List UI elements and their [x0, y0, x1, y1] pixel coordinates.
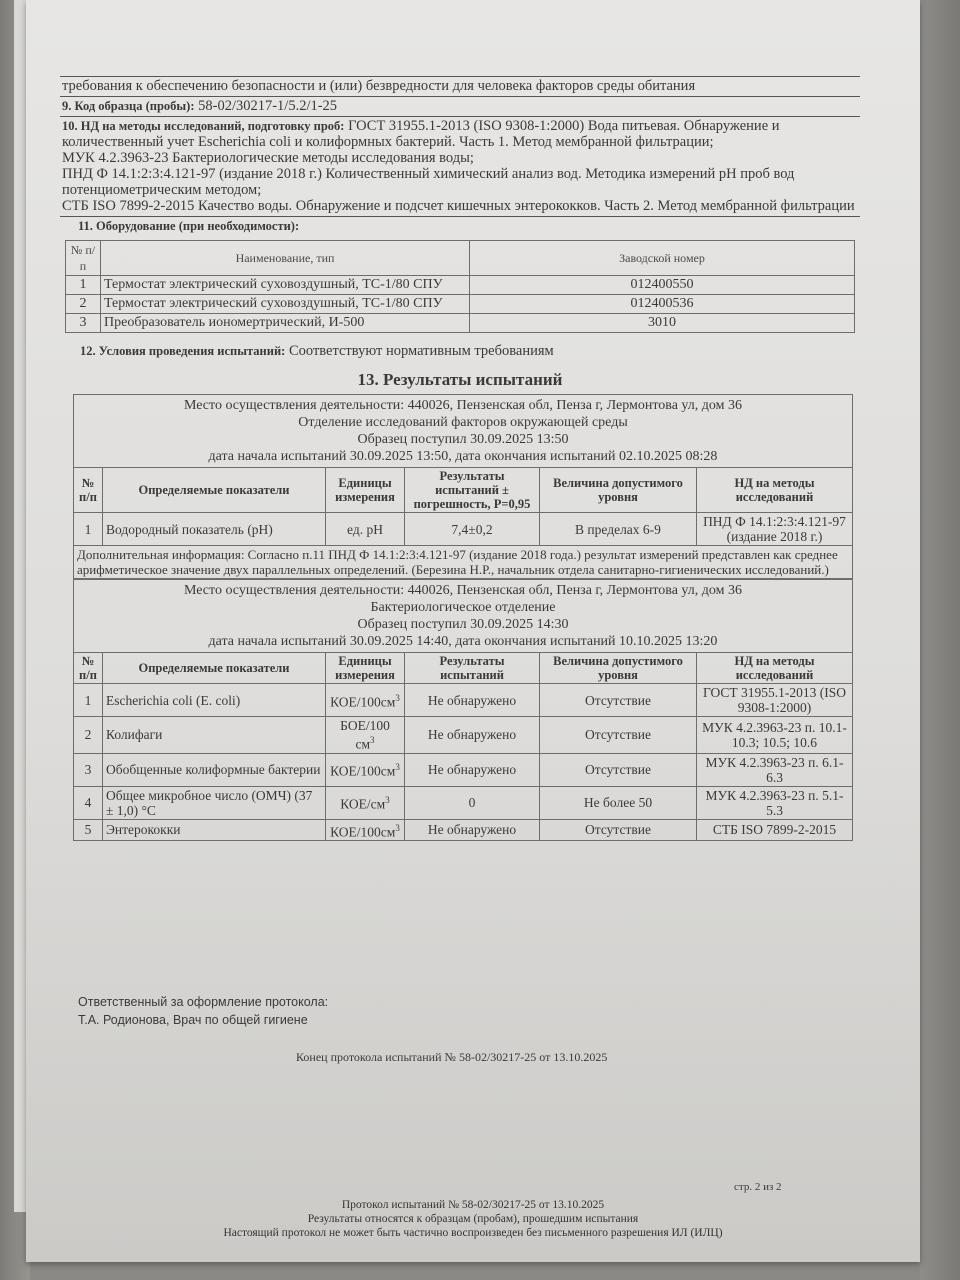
cell-result: Не обнаружено: [405, 684, 540, 717]
section-9: 9. Код образца (пробы): 58-02/30217-1/5.…: [60, 97, 860, 116]
cell-limit: Отсутствие: [540, 753, 697, 786]
cell-method: МУК 4.2.3963-23 п. 10.1-10.3; 10.5; 10.6: [697, 717, 853, 754]
cell-indicator: Энтерококки: [103, 819, 326, 841]
cell-num: 1: [74, 513, 103, 546]
document-page: требования к обеспечению безопасности и …: [26, 0, 920, 1262]
cell-name: Преобразователь иономер­трический, И-500: [101, 314, 470, 333]
section-12: 12. Условия проведения испытаний: Соотве…: [80, 343, 860, 359]
cell-units: ед. рН: [326, 513, 405, 546]
header-limit: Величина допустимого уровня: [540, 468, 697, 513]
cell-limit: В пределах 6-9: [540, 513, 697, 546]
cell-num: 3: [66, 314, 101, 333]
cell-units: КОЕ/100см3: [326, 684, 405, 717]
bacteriology-rows: 1Escherichia coli (E. coli)КОЕ/100см3Не …: [74, 684, 853, 841]
cell-num: 4: [74, 786, 103, 819]
block1-place: Место осуществления деятельности: 440026…: [76, 397, 850, 414]
header-units: Единицы измерения: [326, 468, 405, 513]
footer-protocol: Протокол испытаний № 58-02/30217-25 от 1…: [26, 1198, 920, 1212]
table-row: 5ЭнтерококкиКОЕ/100см3Не обнаруженоОтсут…: [74, 819, 853, 841]
sample-code: 58-02/30217-1/5.2/1-25: [198, 98, 337, 114]
section-9-label: 9. Код образца (пробы):: [62, 99, 194, 113]
block2-department: Бактериологическое отделение: [76, 599, 850, 616]
block2-header: Место осуществления деятельности: 440026…: [74, 580, 853, 653]
table-row: 3Обобщенные колиформные бактерииКОЕ/100с…: [74, 753, 853, 786]
table-row: 3 Преобразователь иономер­трический, И-5…: [66, 314, 855, 333]
cell-indicator: Обобщенные колиформные бактерии: [103, 753, 326, 786]
cell-indicator: Общее микробное число (ОМЧ) (37 ± 1,0) °…: [103, 786, 326, 819]
method-line-4: СТБ ISO 7899-2-2015 Качество воды. Обнар…: [62, 198, 858, 214]
header-limit: Величина допустимого уровня: [540, 653, 697, 684]
block2-received: Образец поступил 30.09.2025 14:30: [76, 616, 850, 633]
results-table-bacteriology: Место осуществления деятельности: 440026…: [73, 579, 853, 841]
cell-units: КОЕ/100см3: [326, 753, 405, 786]
cell-method: ГОСТ 31955.1-2013 (ISO 9308-1:2000): [697, 684, 853, 717]
header-result: Результаты испытаний ± погрешность, Р=0,…: [405, 468, 540, 513]
responsible-block: Ответственный за оформление протокола: Т…: [78, 993, 328, 1029]
cell-units: КОЕ/100см3: [326, 819, 405, 841]
cell-result: Не обнаружено: [405, 717, 540, 754]
block1-received: Образец поступил 30.09.2025 13:50: [76, 431, 850, 448]
cell-num: 2: [74, 717, 103, 754]
responsible-label: Ответственный за оформление протокола:: [78, 993, 328, 1011]
results-title: 13. Результаты испытаний: [60, 372, 860, 388]
cell-result: Не обнаружено: [405, 819, 540, 841]
cell-method: СТБ ISO 7899-2-2015: [697, 819, 853, 841]
header-method: НД на методы исследований: [697, 653, 853, 684]
document-content: требования к обеспечению безопасности и …: [60, 76, 860, 841]
method-line-2: МУК 4.2.3963-23 Бактериологические метод…: [62, 150, 858, 166]
cell-serial: 012400536: [470, 295, 855, 314]
end-of-protocol: Конец протокола испытаний № 58-02/30217-…: [296, 1050, 607, 1065]
section-8-tail: требования к обеспечению безопасности и …: [60, 77, 860, 96]
cell-result: Не обнаружено: [405, 753, 540, 786]
footer-results-note: Результаты относятся к образцам (пробам)…: [26, 1212, 920, 1226]
table-row: 2 Термостат электрический суховоздушный,…: [66, 295, 855, 314]
equip-header-num: № п/п: [66, 241, 101, 276]
table-row: 2КолифагиБОЕ/100 см3Не обнаруженоОтсутст…: [74, 717, 853, 754]
cell-result: 7,4±0,2: [405, 513, 540, 546]
cell-indicator: Колифаги: [103, 717, 326, 754]
header-result: Результаты испытаний: [405, 653, 540, 684]
section-10-label: 10. НД на методы исследований, подготовк…: [62, 119, 344, 133]
header-indicator: Определяемые показатели: [103, 468, 326, 513]
cell-limit: Отсутствие: [540, 819, 697, 841]
additional-info: Дополнительная информация: Согласно п.11…: [74, 546, 853, 579]
section-10: 10. НД на методы исследований, подготовк…: [60, 117, 860, 216]
header-num: № п/п: [74, 468, 103, 513]
page-footer: Протокол испытаний № 58-02/30217-25 от 1…: [26, 1198, 920, 1240]
test-conditions: Соответствуют нормативным требованиям: [289, 343, 554, 359]
equipment-table: № п/п Наименование, тип Заводской номер …: [65, 240, 855, 333]
equip-header-serial: Заводской номер: [470, 241, 855, 276]
cell-indicator: Водородный показатель (рН): [103, 513, 326, 546]
results-table-chemistry: Место осуществления деятельности: 440026…: [73, 394, 853, 579]
footer-copyright: Настоящий протокол не может быть частичн…: [26, 1226, 920, 1240]
header-num: № п/п: [74, 653, 103, 684]
cell-result: 0: [405, 786, 540, 819]
responsible-name: Т.А. Родионова, Врач по общей гигиене: [78, 1011, 328, 1029]
cell-num: 2: [66, 295, 101, 314]
cell-method: МУК 4.2.3963-23 п. 5.1-5.3: [697, 786, 853, 819]
section-11-label: 11. Оборудование (при необходимости):: [60, 217, 860, 236]
block1-dates: дата начала испытаний 30.09.2025 13:50, …: [76, 448, 850, 465]
cell-num: 5: [74, 819, 103, 841]
cell-num: 1: [74, 684, 103, 717]
under-sheet-edge: [14, 0, 26, 1212]
cell-name: Термостат электрический суховоздушный, Т…: [101, 295, 470, 314]
table-row: 1 Водородный показатель (рН) ед. рН 7,4±…: [74, 513, 853, 546]
cell-indicator: Escherichia coli (E. coli): [103, 684, 326, 717]
cell-method: ПНД Ф 14.1:2:3:4.121-97 (издание 2018 г.…: [697, 513, 853, 546]
section-11-title: 11. Оборудование (при необходимости):: [78, 219, 299, 233]
section-12-label: 12. Условия проведения испытаний:: [80, 344, 285, 358]
cell-limit: Не более 50: [540, 786, 697, 819]
page-number: стр. 2 из 2: [734, 1181, 782, 1193]
cell-serial: 012400550: [470, 276, 855, 295]
block2-place: Место осуществления деятельности: 440026…: [76, 582, 850, 599]
cell-method: МУК 4.2.3963-23 п. 6.1-6.3: [697, 753, 853, 786]
cell-units: КОЕ/см3: [326, 786, 405, 819]
cell-serial: 3010: [470, 314, 855, 333]
cell-num: 3: [74, 753, 103, 786]
table-row: 4Общее микробное число (ОМЧ) (37 ± 1,0) …: [74, 786, 853, 819]
equip-header-name: Наименование, тип: [101, 241, 470, 276]
cell-name: Термостат электрический суховоздушный, Т…: [101, 276, 470, 295]
block2-dates: дата начала испытаний 30.09.2025 14:40, …: [76, 633, 850, 650]
block1-header: Место осуществления деятельности: 440026…: [74, 395, 853, 468]
header-indicator: Определяемые показатели: [103, 653, 326, 684]
table-row: 1Escherichia coli (E. coli)КОЕ/100см3Не …: [74, 684, 853, 717]
block1-department: Отделение исследований факторов окружающ…: [76, 414, 850, 431]
header-method: НД на методы исследований: [697, 468, 853, 513]
cell-limit: Отсутствие: [540, 717, 697, 754]
cell-units: БОЕ/100 см3: [326, 717, 405, 754]
table-row: 1 Термостат электрический суховоздушный,…: [66, 276, 855, 295]
method-line-3: ПНД Ф 14.1:2:3:4.121-97 (издание 2018 г.…: [62, 166, 858, 198]
cell-limit: Отсутствие: [540, 684, 697, 717]
background-right: [920, 0, 960, 1280]
cell-num: 1: [66, 276, 101, 295]
header-units: Единицы измерения: [326, 653, 405, 684]
